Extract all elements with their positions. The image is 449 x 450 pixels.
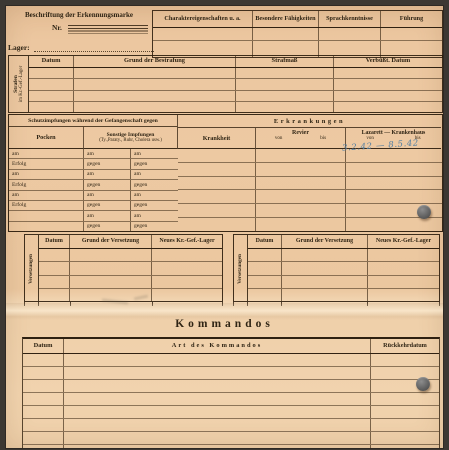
empty-cell — [248, 276, 282, 288]
versetzungen-section-right: Versetzungen Datum Grund der Versetzung … — [233, 234, 440, 302]
empty-cell — [64, 419, 371, 431]
empty-cell — [39, 249, 70, 261]
empty-cell — [368, 249, 439, 261]
table-row: am am am — [9, 149, 178, 159]
kommandos-table: Datum Art des Kommandos Rückkehrdatum — [22, 337, 440, 448]
empty-cell — [178, 177, 256, 190]
nr-ruled-lines — [68, 25, 148, 34]
empty-cell — [368, 276, 439, 288]
empty-cell — [256, 204, 346, 217]
revier-bis-label: bis — [320, 136, 326, 141]
pocken-cell — [9, 222, 84, 231]
empty-cell — [64, 380, 371, 392]
versetzungen-table: Datum Grund der Versetzung Neues Kr.-Gef… — [248, 235, 439, 301]
table-row — [39, 249, 222, 262]
table-row — [178, 177, 442, 191]
table-row — [153, 28, 442, 41]
versetzungen-col-neues-lager: Neues Kr.-Gef.-Lager — [368, 235, 439, 248]
table-row — [23, 367, 439, 380]
table-row — [29, 102, 442, 112]
table-row — [23, 406, 439, 419]
empty-cell — [23, 432, 64, 444]
kommandos-header-row: Datum Art des Kommandos Rückkehrdatum — [23, 339, 439, 354]
empty-cell — [152, 289, 222, 301]
table-row: Erfolg gegen gegen — [9, 201, 178, 211]
versetzungen-col-datum: Datum — [39, 235, 70, 248]
nr-label: Nr. — [52, 23, 62, 32]
versetzungen-col-grund: Grund der Versetzung — [282, 235, 368, 248]
empty-cell — [178, 190, 256, 203]
sonstige-cell: am — [131, 149, 178, 158]
traits-col-sprachen: Sprachkenntnisse — [319, 11, 381, 27]
empty-cell — [282, 289, 368, 301]
table-row — [39, 289, 222, 301]
sonstige-cell: am — [131, 170, 178, 179]
versetzungen-table: Datum Grund der Versetzung Neues Kr.-Gef… — [39, 235, 222, 301]
pocken-cell: Erfolg — [9, 201, 84, 210]
empty-cell — [39, 262, 70, 274]
table-row — [23, 354, 439, 367]
strafen-side-cell: Strafen im Kr.-Gef.-Lager — [9, 56, 29, 112]
table-row — [23, 393, 439, 406]
sonstige-cell: gegen — [131, 201, 178, 210]
pocken-cell: am — [9, 170, 84, 179]
versetzungen-side-label: Versetzungen — [25, 237, 39, 301]
empty-cell — [29, 91, 74, 101]
table-row — [23, 419, 439, 432]
empty-cell — [64, 445, 371, 448]
empty-cell — [23, 393, 64, 405]
traits-col-fuehrung: Führung — [381, 11, 442, 27]
pow-record-card: Beschriftung der Erkennungsmarke Nr. Lag… — [6, 6, 443, 448]
impfungen-erkrankungen-section: Schutzimpfungen während der Gefangenscha… — [8, 114, 443, 232]
sonstige-cell: gegen — [84, 201, 131, 210]
empty-cell — [371, 445, 439, 448]
versetzungen-header-row: Datum Grund der Versetzung Neues Kr.-Gef… — [39, 235, 222, 249]
sonstige-cell: gegen — [84, 159, 131, 168]
empty-cell — [371, 419, 439, 431]
empty-cell — [346, 163, 442, 176]
empty-cell — [23, 445, 64, 448]
empty-cell — [346, 190, 442, 203]
empty-cell — [371, 406, 439, 418]
table-row — [248, 249, 439, 262]
empty-cell — [253, 28, 319, 40]
kommandos-col-datum: Datum — [23, 339, 64, 353]
table-row — [23, 445, 439, 448]
versetzungen-side-cell: Versetzungen — [234, 235, 248, 301]
sonstige-cell: am — [84, 170, 131, 179]
empty-cell — [236, 91, 334, 101]
erkennungsmarke-title: Beschriftung der Erkennungsmarke — [6, 11, 152, 19]
sonstige-cell: am — [131, 191, 178, 200]
empty-cell — [39, 276, 70, 288]
empty-cell — [74, 102, 236, 112]
table-row — [178, 163, 442, 177]
impfungen-col-sonstige: Sonstige Impfungen (Ty.,Paraty., Ruhr, C… — [84, 127, 178, 149]
impfungen-col-pocken: Pocken — [9, 127, 84, 149]
empty-cell — [334, 68, 442, 78]
sonstige-cell: gegen — [131, 180, 178, 189]
versetzungen-section-left: Versetzungen Datum Grund der Versetzung … — [24, 234, 223, 302]
empty-cell — [381, 28, 442, 40]
empty-cell — [74, 79, 236, 89]
table-row — [248, 276, 439, 289]
empty-cell — [371, 432, 439, 444]
empty-cell — [23, 419, 64, 431]
table-row — [29, 91, 442, 102]
table-row: am am — [9, 211, 178, 221]
empty-cell — [70, 276, 152, 288]
empty-cell — [74, 91, 236, 101]
empty-cell — [334, 79, 442, 89]
strafen-col-strafmass: Strafmaß — [236, 56, 334, 67]
erkrankungen-col-krankheit: Krankheit — [178, 128, 256, 149]
empty-cell — [152, 276, 222, 288]
revier-von-bis: von bis — [256, 136, 345, 141]
empty-cell — [248, 262, 282, 274]
table-row — [39, 276, 222, 289]
versetzungen-col-grund: Grund der Versetzung — [70, 235, 152, 248]
versetzungen-header-row: Datum Grund der Versetzung Neues Kr.-Gef… — [248, 235, 439, 249]
sonstige-cell: gegen — [131, 159, 178, 168]
empty-cell — [368, 262, 439, 274]
table-row: Erfolg gegen gegen — [9, 180, 178, 190]
strafen-table: Datum Grund der Bestrafung Strafmaß Verb… — [29, 56, 442, 112]
empty-cell — [371, 393, 439, 405]
empty-cell — [29, 102, 74, 112]
punch-hole-lower — [416, 377, 430, 391]
punch-hole-upper — [417, 205, 431, 219]
empty-cell — [371, 367, 439, 379]
empty-cell — [29, 79, 74, 89]
empty-cell — [371, 354, 439, 366]
empty-cell — [74, 68, 236, 78]
empty-cell — [248, 249, 282, 261]
impfungen-col-sonstige-line2: (Ty.,Paraty., Ruhr, Cholera usw.) — [99, 138, 162, 143]
kommandos-col-art: Art des Kommandos — [64, 339, 371, 353]
impfungen-span-header: Schutzimpfungen während der Gefangenscha… — [9, 115, 178, 127]
empty-cell — [23, 406, 64, 418]
sonstige-cell: gegen — [84, 222, 131, 231]
traits-col-charakter: Charaktereigenschaften u. a. — [153, 11, 253, 27]
empty-cell — [152, 262, 222, 274]
empty-cell — [178, 149, 256, 162]
empty-cell — [39, 289, 70, 301]
table-row — [39, 262, 222, 275]
sonstige-cell: gegen — [131, 222, 178, 231]
empty-cell — [236, 68, 334, 78]
strafen-col-verbuesst: Verbüßt. Datum — [334, 56, 442, 67]
impfungen-rows: am am am Erfolg gegen gegen am am am Erf… — [9, 149, 178, 231]
traits-table: Charaktereigenschaften u. a. Besondere F… — [152, 10, 443, 58]
table-row: gegen gegen — [9, 222, 178, 231]
empty-cell — [256, 163, 346, 176]
empty-cell — [64, 393, 371, 405]
empty-cell — [23, 354, 64, 366]
pocken-cell — [9, 211, 84, 220]
empty-cell — [153, 28, 253, 40]
sonstige-cell: am — [84, 211, 131, 220]
empty-cell — [64, 432, 371, 444]
empty-cell — [256, 177, 346, 190]
table-row: am am am — [9, 191, 178, 201]
strafen-header-row: Datum Grund der Bestrafung Strafmaß Verb… — [29, 56, 442, 68]
table-row — [23, 380, 439, 393]
pocken-cell: Erfolg — [9, 180, 84, 189]
sonstige-cell: gegen — [84, 180, 131, 189]
traits-header-row: Charaktereigenschaften u. a. Besondere F… — [153, 11, 442, 28]
empty-cell — [178, 163, 256, 176]
table-row — [23, 432, 439, 445]
erkrankungen-col-revier: Revier von bis — [256, 128, 346, 149]
table-row — [29, 68, 442, 79]
table-row — [29, 79, 442, 90]
lazarett-von-label: von — [366, 136, 374, 141]
table-row — [178, 190, 442, 204]
strafen-side-label: Strafen im Kr.-Gef.-Lager — [9, 56, 29, 112]
strafen-col-datum: Datum — [29, 56, 74, 67]
empty-cell — [346, 218, 442, 231]
empty-cell — [256, 149, 346, 162]
versetzungen-side-label: Versetzungen — [234, 237, 248, 301]
scanned-document: { "colors": { "paper": "#edc9a2", "paper… — [0, 0, 449, 450]
traits-col-faehigkeiten: Besondere Fähigkeiten — [253, 11, 319, 27]
empty-cell — [70, 249, 152, 261]
lager-fill-line — [34, 43, 154, 52]
empty-cell — [248, 289, 282, 301]
empty-cell — [236, 79, 334, 89]
empty-cell — [64, 367, 371, 379]
empty-cell — [64, 406, 371, 418]
table-row: Erfolg gegen gegen — [9, 159, 178, 169]
empty-cell — [282, 249, 368, 261]
kommandos-col-rueckkehr: Rückkehrdatum — [371, 339, 439, 353]
empty-cell — [236, 102, 334, 112]
empty-cell — [256, 190, 346, 203]
sonstige-cell: am — [131, 211, 178, 220]
table-row — [178, 149, 442, 163]
empty-cell — [256, 218, 346, 231]
empty-cell — [178, 204, 256, 217]
versetzungen-col-datum: Datum — [248, 235, 282, 248]
table-row: am am am — [9, 170, 178, 180]
lager-label: Lager: — [8, 43, 30, 52]
strafen-side-label-line2: im Kr.-Gef.-Lager — [19, 56, 25, 112]
pocken-cell: am — [9, 149, 84, 158]
kommandos-title: Kommandos — [6, 318, 443, 330]
strafen-section: Strafen im Kr.-Gef.-Lager Datum Grund de… — [8, 55, 443, 113]
pocken-cell: am — [9, 191, 84, 200]
empty-cell — [23, 367, 64, 379]
empty-cell — [282, 262, 368, 274]
table-row — [178, 204, 442, 218]
sonstige-cell: am — [84, 191, 131, 200]
strafen-col-grund: Grund der Bestrafung — [74, 56, 236, 67]
revier-von-label: von — [275, 136, 283, 141]
empty-cell — [319, 28, 381, 40]
table-row — [248, 262, 439, 275]
versetzungen-side-cell: Versetzungen — [25, 235, 39, 301]
pocken-cell: Erfolg — [9, 159, 84, 168]
erkrankungen-rows — [178, 149, 442, 231]
table-row — [178, 218, 442, 231]
erkrankungen-span-header: Erkrankungen — [178, 115, 441, 128]
empty-cell — [368, 289, 439, 301]
sonstige-cell: am — [84, 149, 131, 158]
empty-cell — [334, 102, 442, 112]
empty-cell — [70, 262, 152, 274]
versetzungen-col-neues-lager: Neues Kr.-Gef.-Lager — [152, 235, 222, 248]
empty-cell — [64, 354, 371, 366]
table-row — [248, 289, 439, 301]
empty-cell — [23, 380, 64, 392]
empty-cell — [282, 276, 368, 288]
empty-cell — [152, 249, 222, 261]
empty-cell — [334, 91, 442, 101]
empty-cell — [178, 218, 256, 231]
empty-cell — [29, 68, 74, 78]
empty-cell — [346, 177, 442, 190]
